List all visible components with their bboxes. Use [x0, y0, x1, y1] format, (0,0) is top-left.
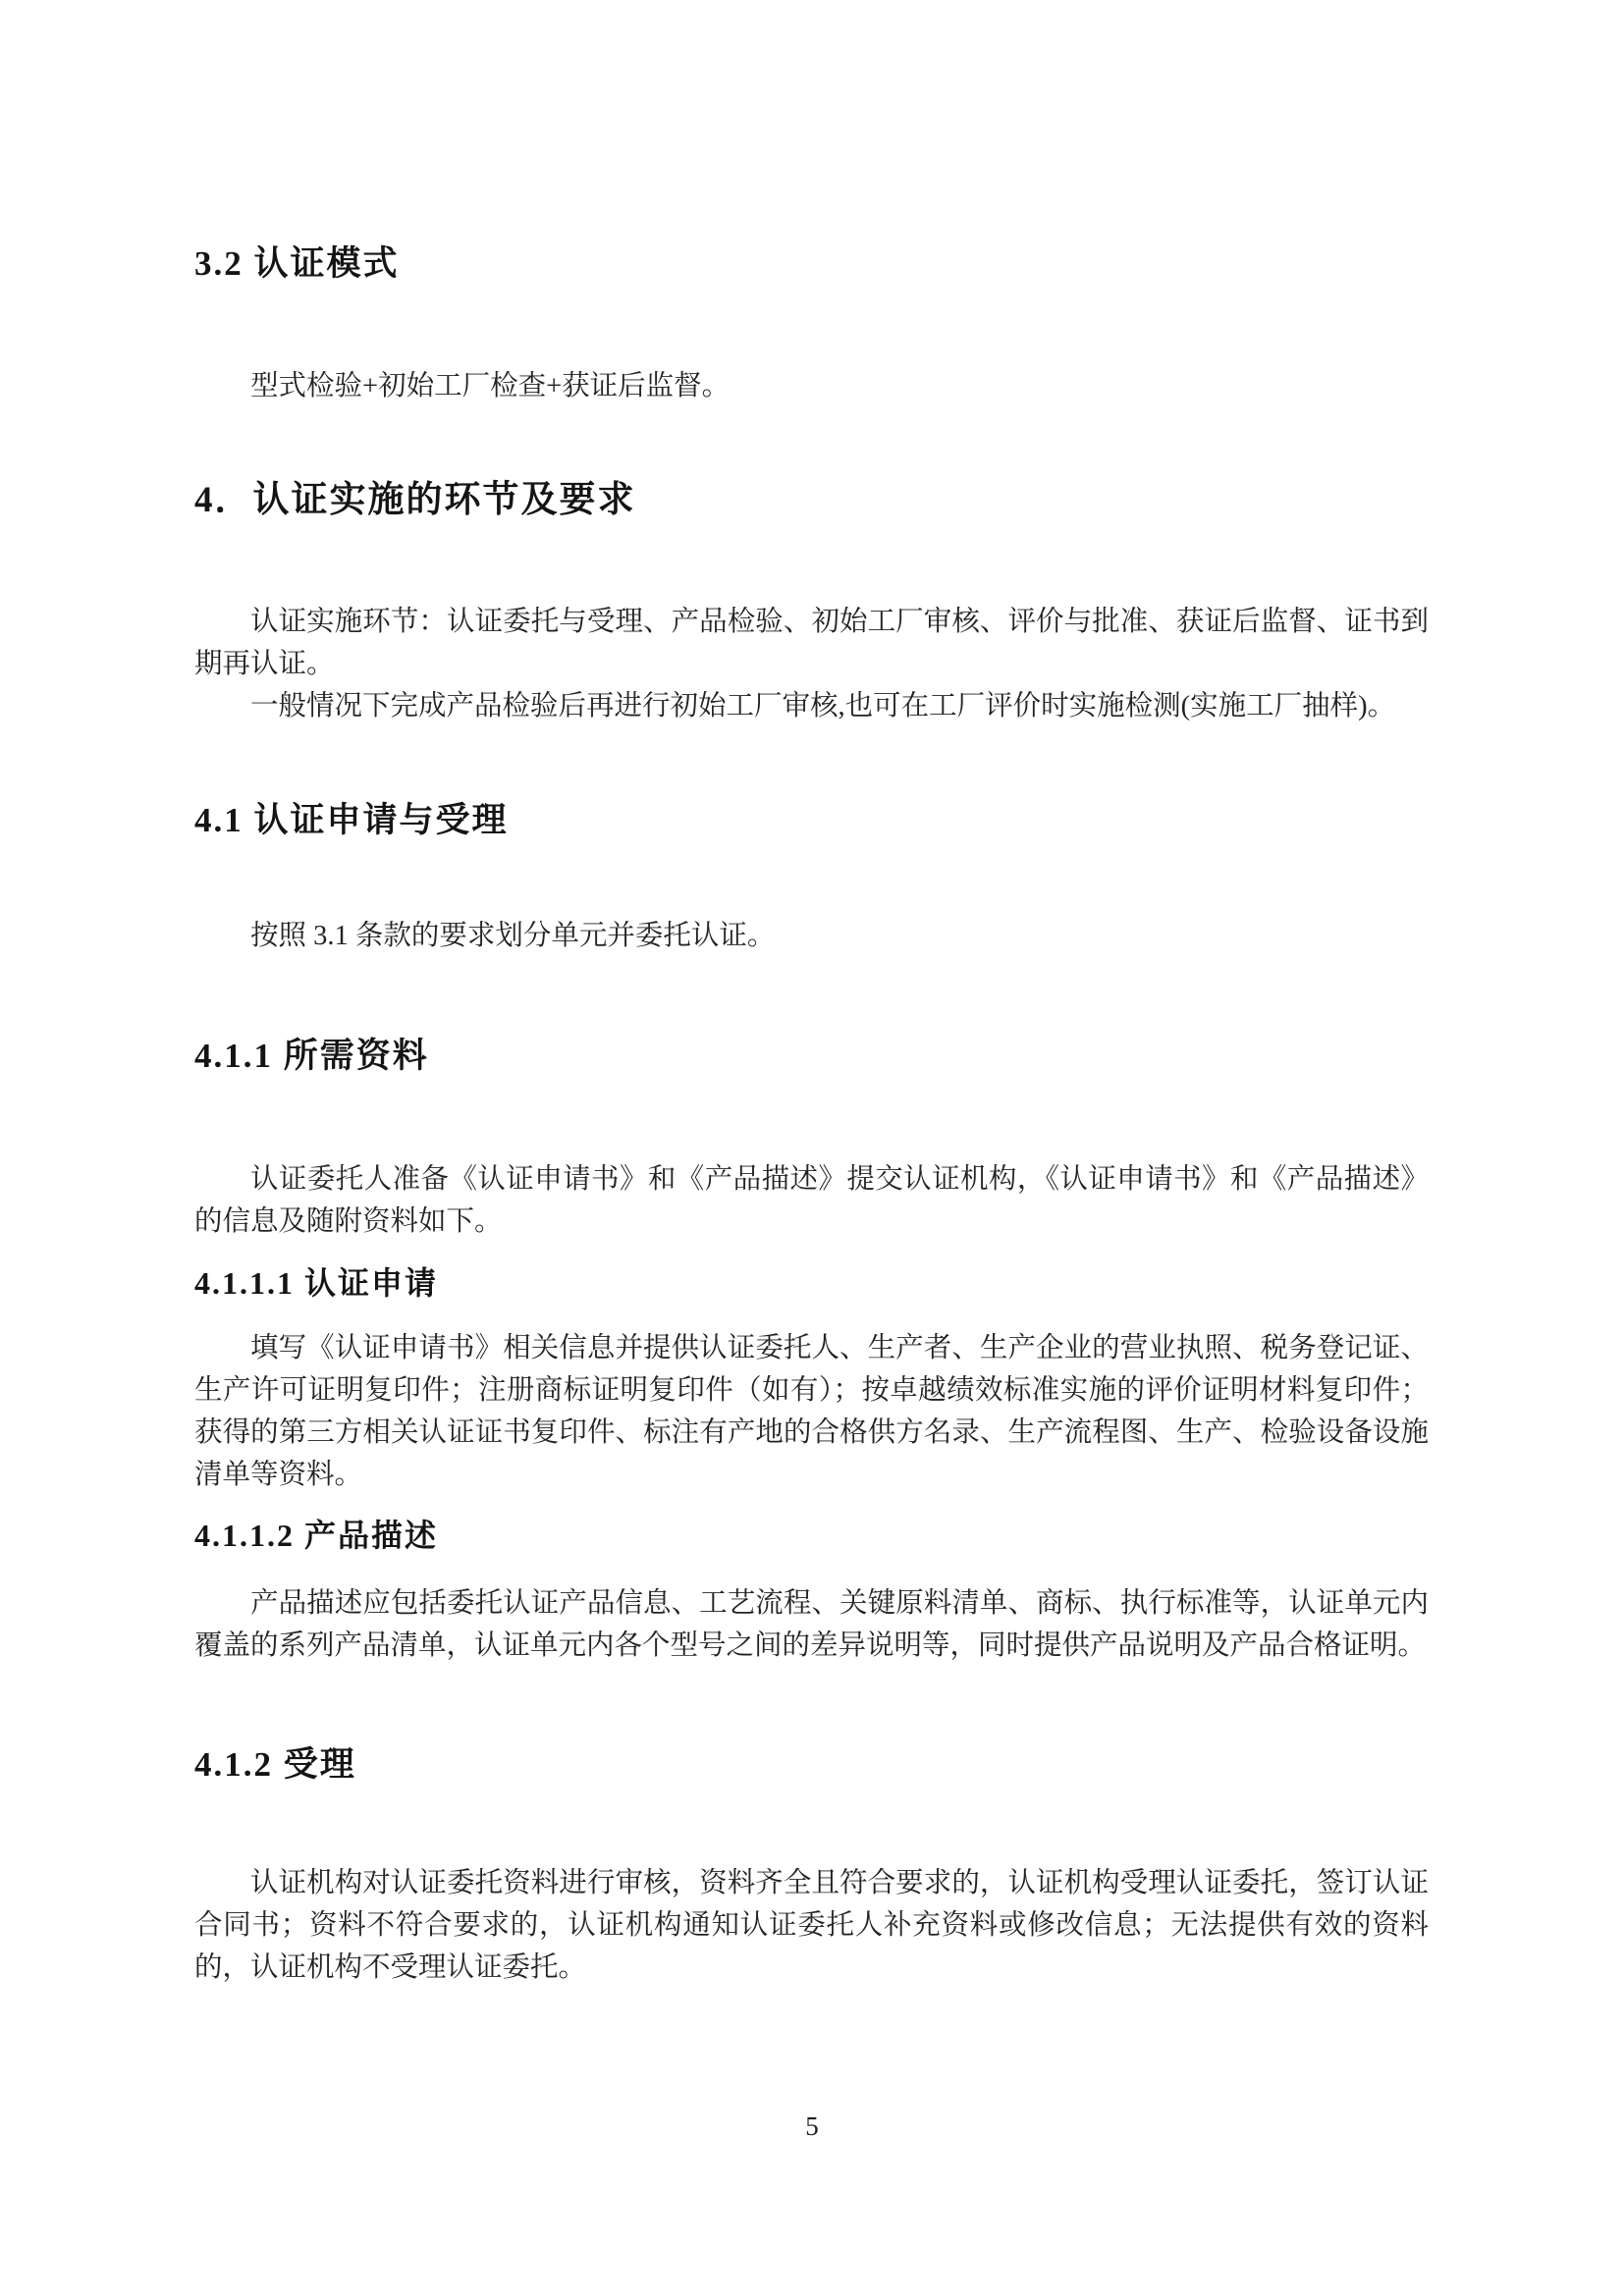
heading-3-2-certification-mode: 3.2 认证模式: [194, 241, 1429, 287]
document-page: 3.2 认证模式 型式检验+初始工厂检查+获证后监督。 4．认证实施的环节及要求…: [0, 0, 1624, 2296]
para-implementation-note: 一般情况下完成产品检验后再进行初始工厂审核,也可在工厂评价时实施检测(实施工厂抽…: [194, 685, 1429, 727]
document-content: 3.2 认证模式 型式检验+初始工厂检查+获证后监督。 4．认证实施的环节及要求…: [194, 0, 1429, 1989]
heading-4-1-application-acceptance: 4.1 认证申请与受理: [194, 798, 1429, 843]
para-product-description-details: 产品描述应包括委托认证产品信息、工艺流程、关键原料清单、商标、执行标准等，认证单…: [194, 1582, 1429, 1667]
para-acceptance-details: 认证机构对认证委托资料进行审核，资料齐全且符合要求的，认证机构受理认证委托，签订…: [194, 1862, 1429, 1989]
para-unit-division: 按照 3.1 条款的要求划分单元并委托认证。: [194, 915, 1429, 957]
para-required-materials-intro: 认证委托人准备《认证申请书》和《产品描述》提交认证机构，《认证申请书》和《产品描…: [194, 1158, 1429, 1243]
heading-4-1-1-2-product-description: 4.1.1.2 产品描述: [194, 1515, 1429, 1556]
heading-4-1-1-1-certification-application: 4.1.1.1 认证申请: [194, 1262, 1429, 1304]
para-implementation-links: 认证实施环节：认证委托与受理、产品检验、初始工厂审核、评价与批准、获证后监督、证…: [194, 601, 1429, 685]
page-number: 5: [0, 2110, 1624, 2142]
heading-4-implementation-requirements: 4．认证实施的环节及要求: [194, 477, 1429, 524]
heading-4-1-2-acceptance: 4.1.2 受理: [194, 1742, 1429, 1788]
para-certification-mode: 型式检验+初始工厂检查+获证后监督。: [194, 365, 1429, 407]
para-application-details: 填写《认证申请书》相关信息并提供认证委托人、生产者、生产企业的营业执照、税务登记…: [194, 1327, 1429, 1496]
heading-4-1-1-required-materials: 4.1.1 所需资料: [194, 1034, 1429, 1079]
